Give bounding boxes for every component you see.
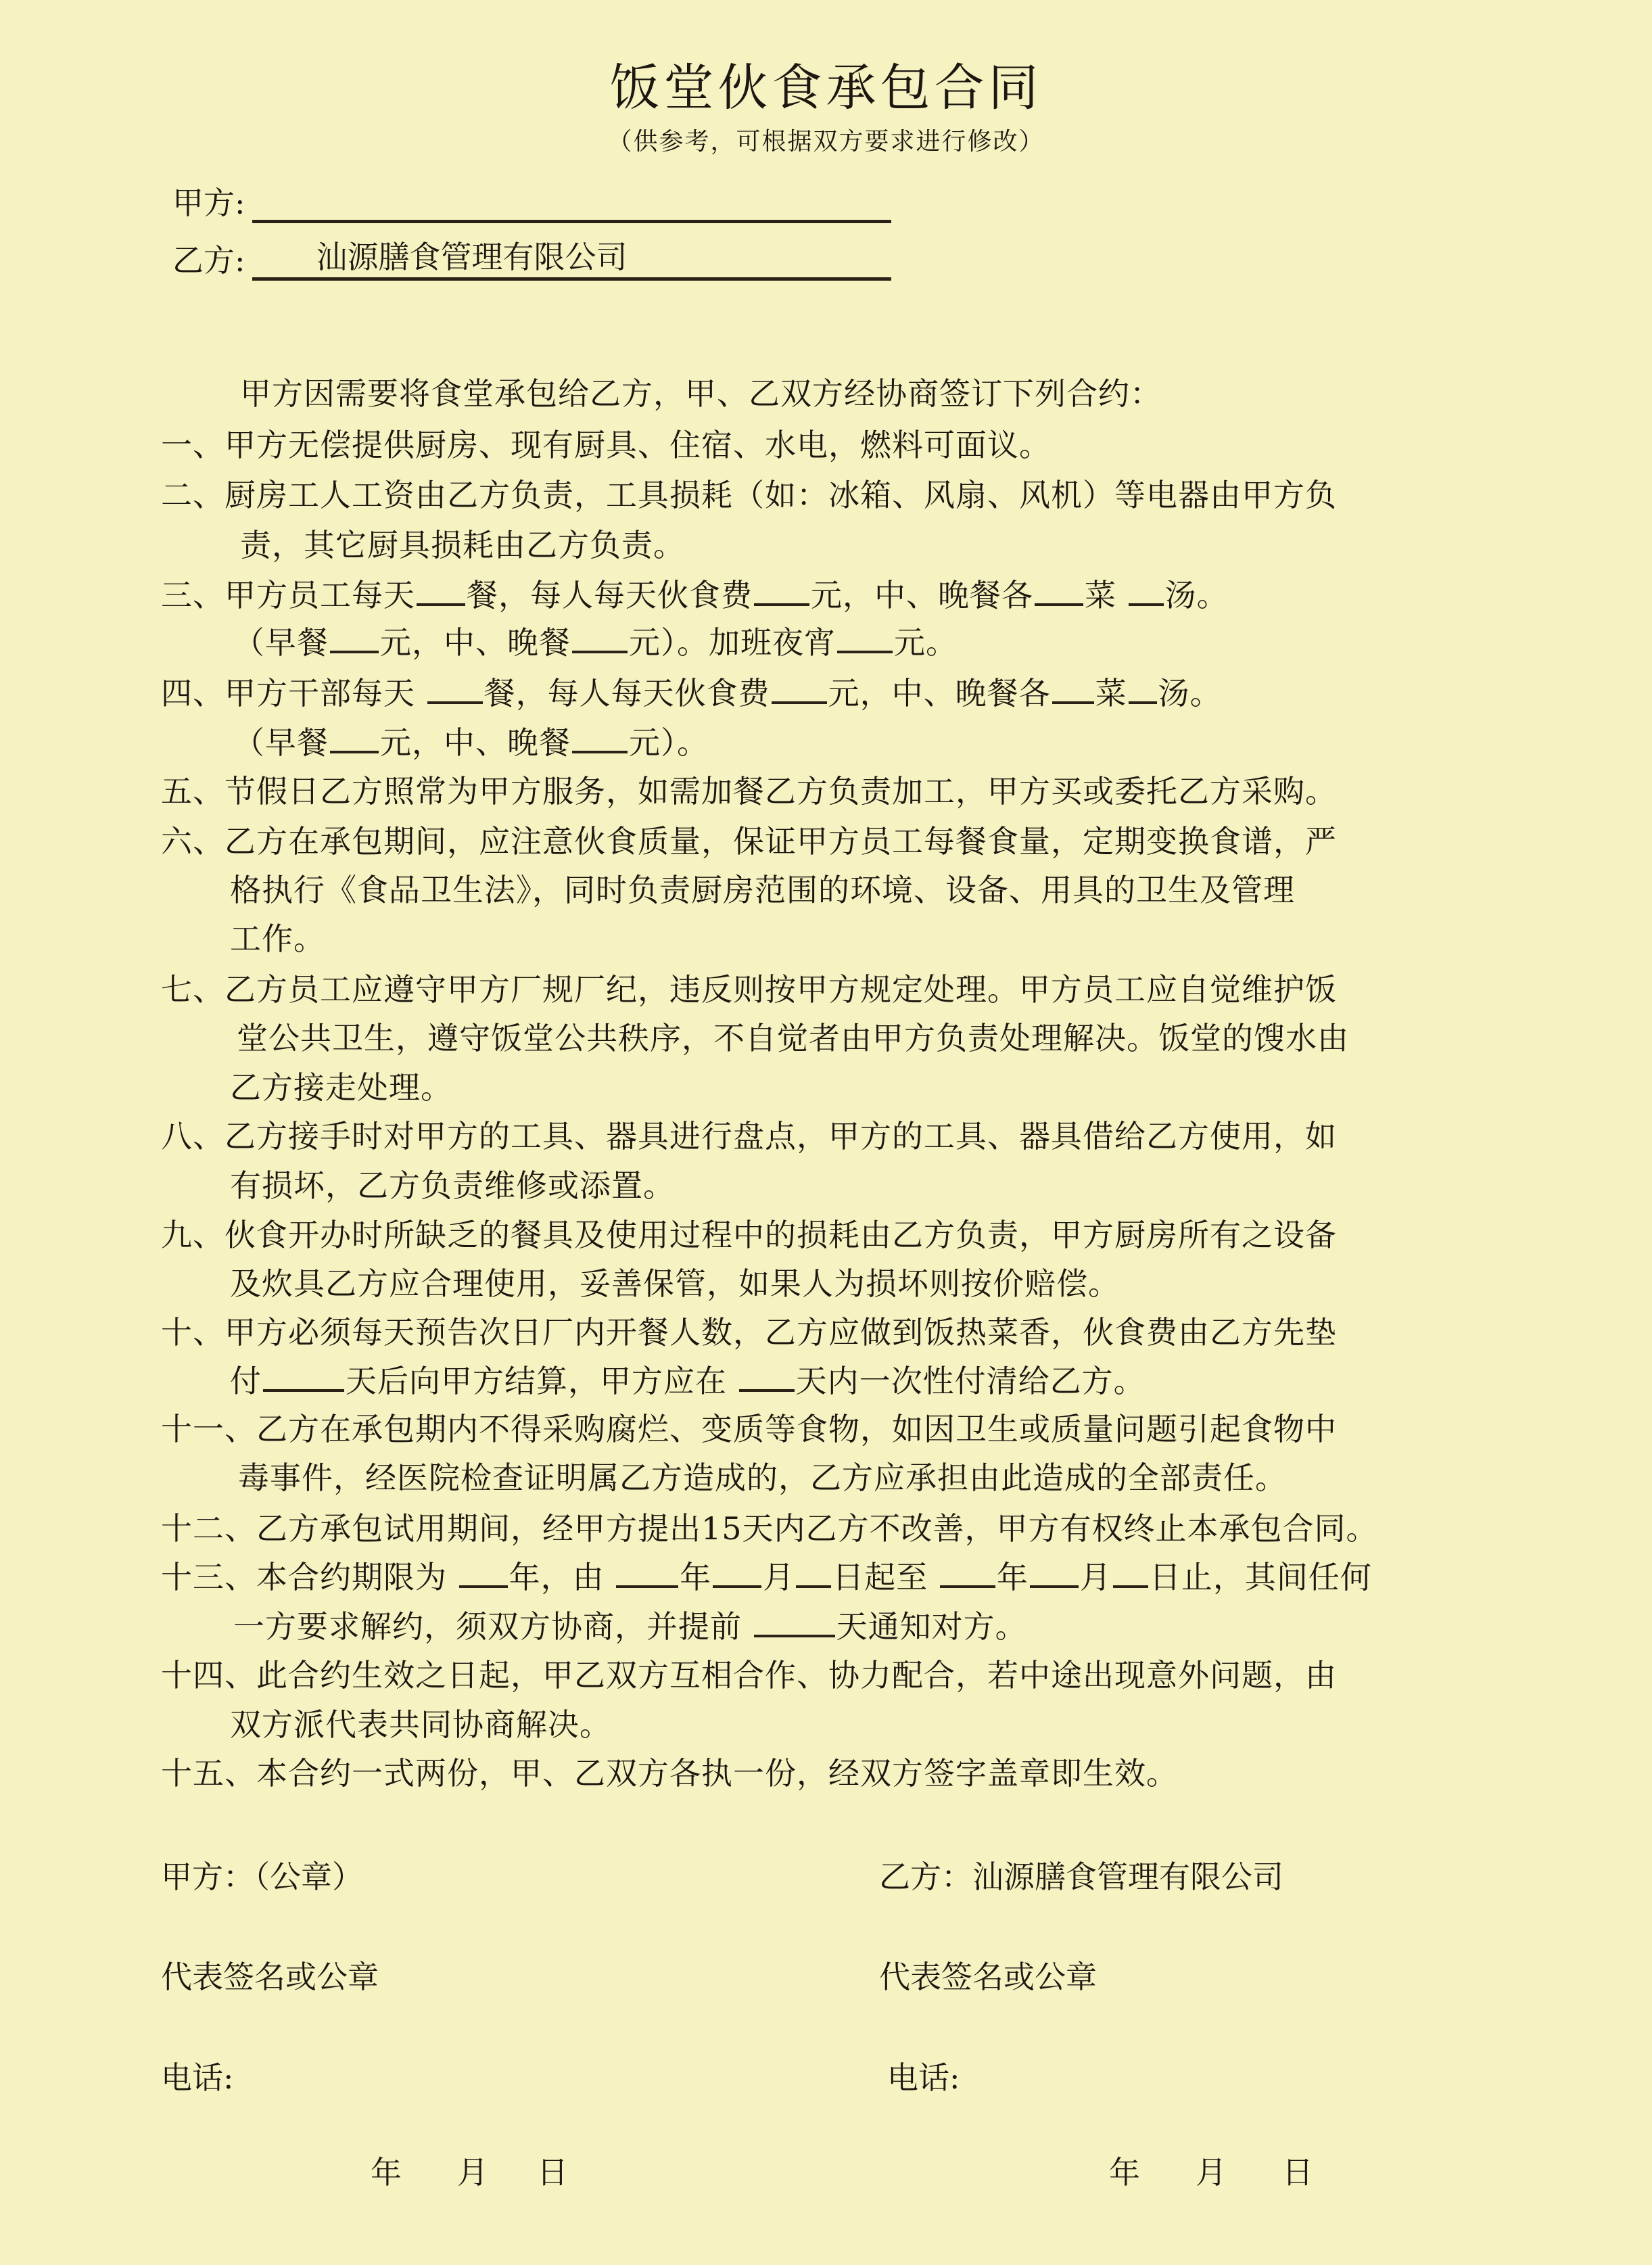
clause-14-cont: 双方派代表共同协商解决。: [230, 1704, 611, 1745]
clause-2-cont: 责，其它厨具损耗由乙方负责。: [240, 525, 685, 565]
breakfast-fee-blank[interactable]: [330, 624, 379, 653]
daily-fee-blank[interactable]: [754, 576, 809, 606]
intro-text: 甲方因需要将食堂承包给乙方，甲、乙双方经协商签订下列合约：: [240, 373, 1162, 414]
lunch-dinner-fee-blank[interactable]: [572, 624, 628, 653]
clause-5: 五、节假日乙方照常为甲方服务，如需加餐乙方负责加工，甲方买或委托乙方采购。: [161, 771, 1337, 812]
cadre-meals-blank[interactable]: [427, 674, 483, 704]
cadre-fee-blank[interactable]: [772, 674, 827, 704]
meals-per-day-blank[interactable]: [417, 576, 465, 606]
end-month-blank[interactable]: [1030, 1558, 1079, 1588]
end-year-blank[interactable]: [940, 1558, 995, 1588]
start-month-blank[interactable]: [713, 1558, 761, 1588]
term-years-blank[interactable]: [459, 1558, 508, 1588]
party-b-value: 汕源膳食管理有限公司: [316, 237, 628, 277]
party-b-field[interactable]: 汕源膳食管理有限公司: [252, 241, 891, 281]
signature-party-b-phone[interactable]: 电话:: [887, 2057, 960, 2098]
clause-9: 九、伙食开办时所缺乏的餐具及使用过程中的损耗由乙方负责，甲方厨房所有之设备: [161, 1215, 1337, 1255]
overtime-snack-fee-blank[interactable]: [837, 624, 893, 653]
clause-3: 三、甲方员工每天餐，每人每天伙食费元，中、晚餐各菜 汤。: [161, 575, 1229, 615]
party-b-row: 乙方:汕源膳食管理有限公司: [172, 240, 891, 281]
clause-10-cont: 付天后向甲方结算，甲方应在 天内一次性付清给乙方。: [230, 1361, 1146, 1401]
signature-party-a-label: 甲方：（公章）: [161, 1857, 363, 1897]
clause-9-cont: 及炊具乙方应合理使用，妥善保管，如果人为损坏则按价赔偿。: [230, 1263, 1120, 1304]
signature-party-a-phone[interactable]: 电话:: [161, 2057, 234, 2098]
clause-4-cont: （早餐元，中、晚餐元）。: [233, 722, 709, 763]
notice-days-blank[interactable]: [754, 1608, 835, 1637]
clause-8-cont: 有损坏，乙方负责维修或添置。: [230, 1165, 675, 1206]
clause-12: 十二、乙方承包试用期间，经甲方提出15天内乙方不改善，甲方有权终止本承包合同。: [161, 1508, 1378, 1549]
clause-6: 六、乙方在承包期间，应注意伙食质量，保证甲方员工每餐食量，定期变换食谱，严: [161, 821, 1337, 862]
clause-6-cont-2: 工作。: [230, 918, 325, 959]
clause-13-cont: 一方要求解约，须双方协商，并提前 天通知对方。: [233, 1606, 1027, 1647]
clause-7: 七、乙方员工应遵守甲方厂规厂纪，违反则按甲方规定处理。甲方员工应自觉维护饭: [161, 969, 1337, 1010]
soups-blank[interactable]: [1129, 576, 1164, 606]
cadre-dishes-blank[interactable]: [1052, 674, 1094, 704]
signature-party-b-date[interactable]: 年月日: [1109, 2152, 1313, 2193]
document-subtitle: （供参考，可根据双方要求进行修改）: [0, 127, 1652, 157]
clause-8: 八、乙方接手时对甲方的工具、器具进行盘点，甲方的工具、器具借给乙方使用，如: [161, 1116, 1337, 1157]
signature-party-a-rep[interactable]: 代表签名或公章: [161, 1957, 379, 1997]
end-day-blank[interactable]: [1113, 1558, 1148, 1588]
cadre-breakfast-blank[interactable]: [330, 724, 379, 753]
start-day-blank[interactable]: [796, 1558, 831, 1588]
clause-2: 二、厨房工人工资由乙方负责，工具损耗（如：冰箱、风扇、风机）等电器由甲方负: [161, 475, 1337, 515]
signature-party-a-date[interactable]: 年月日: [371, 2152, 568, 2193]
party-a-row: 甲方:: [172, 183, 891, 223]
cadre-soups-blank[interactable]: [1129, 674, 1157, 704]
party-b-label: 乙方:: [172, 242, 245, 279]
party-a-label: 甲方:: [172, 185, 245, 221]
clause-3-cont: （早餐元，中、晚餐元）。加班夜宵元。: [233, 622, 958, 663]
signature-party-b-rep[interactable]: 代表签名或公章: [879, 1957, 1097, 1997]
advance-days-blank[interactable]: [263, 1362, 344, 1392]
clause-13: 十三、本合约期限为 年，由 年月日起至 年月日止，其间任何: [161, 1557, 1372, 1597]
clause-14: 十四、此合约生效之日起，甲乙双方互相合作、协力配合，若中途出现意外问题，由: [161, 1655, 1337, 1696]
clause-7-cont-2: 乙方接走处理。: [230, 1067, 452, 1108]
clause-6-cont-1: 格执行《食品卫生法》，同时负责厨房范围的环境、设备、用具的卫生及管理: [230, 870, 1295, 910]
clause-4: 四、甲方干部每天 餐，每人每天伙食费元，中、晚餐各菜汤。: [161, 673, 1222, 714]
settlement-days-blank[interactable]: [739, 1362, 795, 1392]
signature-party-b-label: 乙方：汕源膳食管理有限公司: [879, 1857, 1283, 1897]
cadre-lunch-dinner-blank[interactable]: [572, 724, 628, 753]
clause-10: 十、甲方必须每天预告次日厂内开餐人数，乙方应做到饭热菜香，伙食费由乙方先垫: [161, 1312, 1337, 1353]
dishes-blank[interactable]: [1035, 576, 1083, 606]
clause-11: 十一、乙方在承包期内不得采购腐烂、变质等食物，如因卫生或质量问题引起食物中: [161, 1409, 1337, 1449]
clause-11-cont: 毒事件，经医院检查证明属乙方造成的，乙方应承担由此造成的全部责任。: [238, 1457, 1287, 1498]
document-title: 饭堂伙食承包合同: [0, 57, 1652, 118]
party-a-field[interactable]: [252, 183, 891, 223]
clause-15: 十五、本合约一式两份，甲、乙双方各执一份，经双方签字盖章即生效。: [161, 1753, 1178, 1794]
clause-7-cont-1: 堂公共卫生，遵守饭堂公共秩序，不自觉者由甲方负责处理解决。饭堂的馊水由: [237, 1018, 1349, 1058]
start-year-blank[interactable]: [616, 1558, 678, 1588]
clause-1: 一、甲方无偿提供厨房、现有厨具、住宿、水电，燃料可面议。: [161, 425, 1051, 465]
